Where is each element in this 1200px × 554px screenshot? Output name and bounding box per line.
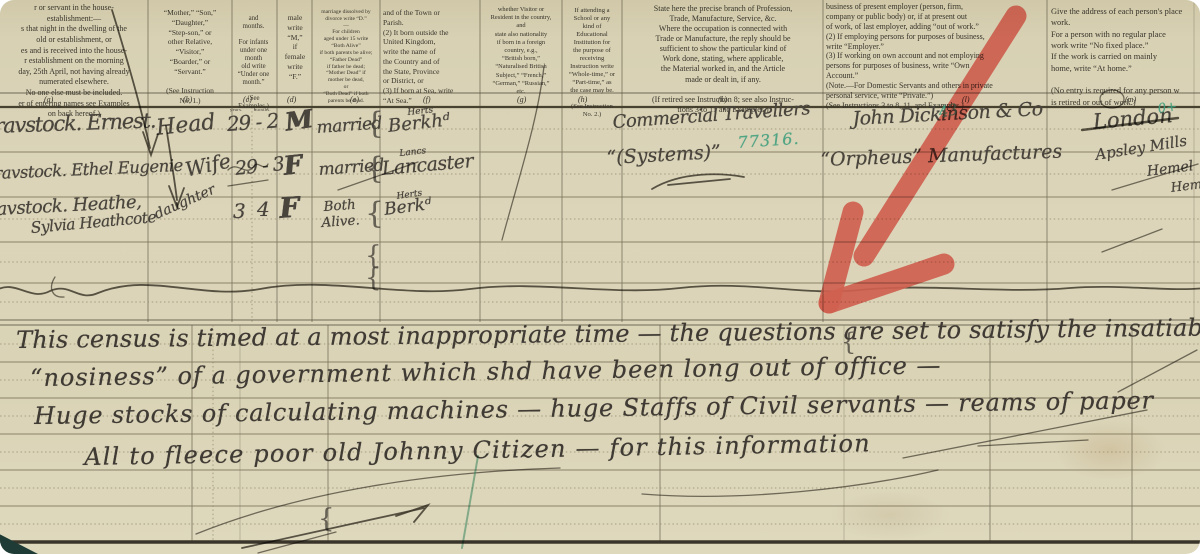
green-crayon-stroke — [462, 456, 478, 548]
pen-marks — [228, 66, 1198, 496]
wavy-closure-line — [0, 277, 1200, 297]
census-form-scan: r or servant in the house- establishment… — [0, 0, 1200, 554]
red-arrow-annotation — [829, 16, 1016, 303]
bottom-scribbles — [196, 468, 560, 553]
pencil-arrow-annotation — [112, 10, 418, 207]
